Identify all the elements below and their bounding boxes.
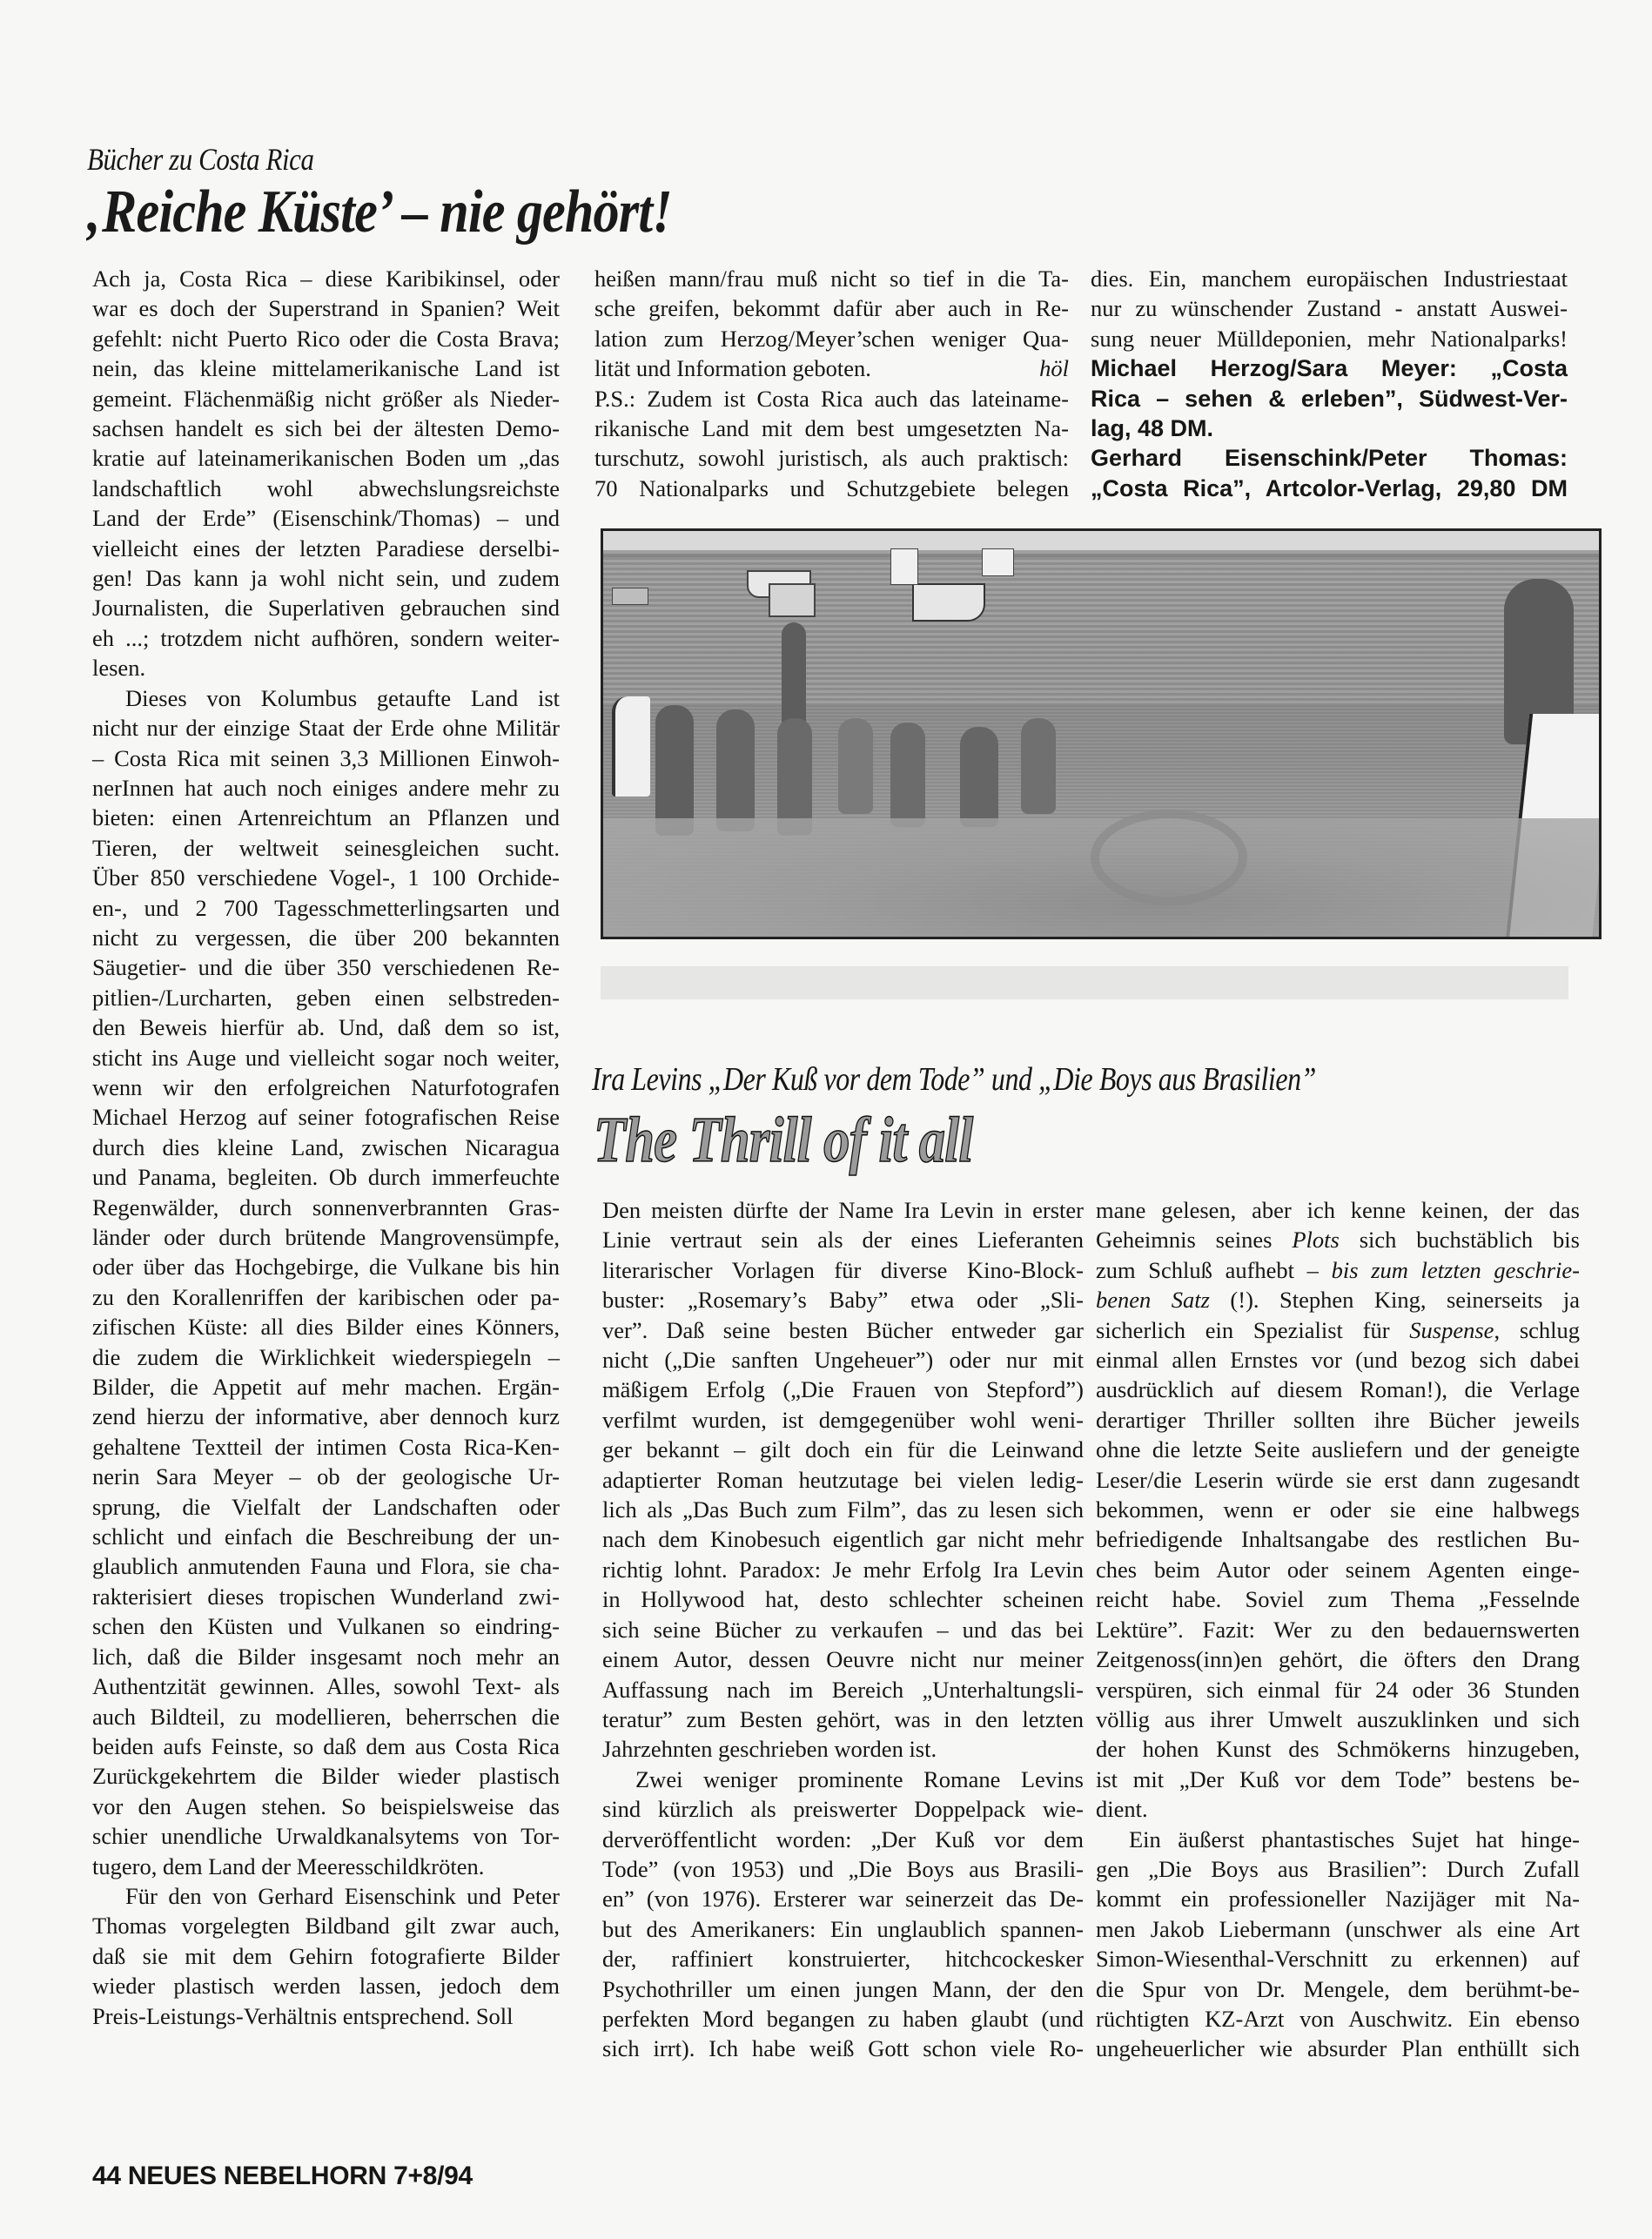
article1-text-line: bieten: einen Artenreichtum an Pflanzen … [92,803,560,832]
article2-headline: The Thrill of it all [594,1104,972,1178]
article1-text-line: sprung, die Vielfalt der Landschaften od… [92,1492,560,1522]
article2-text-line: nach dem Kinobesuch eigentlich gar nicht… [602,1524,1084,1554]
pelican-icon [612,696,650,797]
article2-text-line: Den meisten dürfte der Name Ira Levin in… [602,1195,1084,1225]
article2-text-line: einmal allen Ernstes vor (und bezog sich… [1096,1345,1580,1375]
article1-text-line: Dieses von Kolumbus getaufte Land ist [92,683,560,713]
book-reference-line: Michael Herzog/Sara Meyer: „Costa [1091,353,1568,383]
article2-text-line: Jahrzehnten geschrieben worden ist. [602,1734,1084,1764]
article1-column-2: heißen mann/frau muß nicht so tief in di… [594,264,1069,503]
article2-text-line: ohne die letzte Seite ausliefern und der… [1096,1435,1580,1464]
article1-text-line: gehaltene Textteil der intimen Costa Ric… [92,1432,560,1462]
postscript-line: P.S.: Zudem ist Costa Rica auch das late… [594,384,1069,414]
article2-text-line: Simon-Wiesenthal-Verschnitt zu erkennen)… [1096,1944,1580,1973]
article1-headline: ‚Reiche Küste’ – nie gehört! [85,178,672,247]
article1-text-line: tugero, dem Land der Meeresschildkröten. [92,1852,560,1881]
article2-text-line: die Spur von Dr. Mengele, dem berühmt-be… [1096,1974,1580,2004]
article2-text-line: richtig lohnt. Paradox: Je mehr Erfolg I… [602,1555,1084,1584]
article1-text-line: oder über das Hochgebirge, die Vulkane b… [92,1252,560,1281]
article2-text-line: einem Autor, dessen Oeuvre nicht nur mei… [602,1644,1084,1674]
article2-text-line: en” (von 1976). Ersterer war seinerzeit … [602,1884,1084,1913]
article2-column-2: mane gelesen, aber ich kenne keinen, der… [1096,1195,1580,2064]
article2-text-line: men Jakob Liebermann (unschwer als eine … [1096,1914,1580,1944]
book-reference-line: lag, 48 DM. [1091,414,1568,443]
book-reference-line: Gerhard Eisenschink/Peter Thomas: [1091,443,1568,473]
horizon-coastline [603,550,1599,557]
article1-text-line: dies. Ein, manchem europäischen Industri… [1091,264,1568,293]
article2-text-line: sind kürzlich als preiswerter Doppelpack… [602,1794,1084,1824]
postscript-line: 70 Nationalparks und Schutzgebiete beleg… [594,474,1069,503]
article1-text-line: gemeint. Flächenmäßig nicht größer als N… [92,384,560,414]
book-reference-line: „Costa Rica”, Artcolor-Verlag, 29,80 DM [1091,474,1568,503]
article1-text-line: nein, das kleine mittelamerikanische Lan… [92,353,560,383]
article1-text-line: sung neuer Mülldeponien, mehr Nationalpa… [1091,324,1568,353]
pelican-icon [1021,718,1056,814]
article2-text-line: Geheimnis seines Plots sich buchstäblich… [1096,1225,1580,1254]
article2-text-line: mäßigem Erfolg („Die Frauen von Stepford… [602,1375,1084,1404]
article1-text-line: gefehlt: nicht Puerto Rico oder die Cost… [92,324,560,353]
article1-text-line: nicht nur der einzige Staat der Erde ohn… [92,713,560,743]
article1-text-line: heißen mann/frau muß nicht so tief in di… [594,264,1069,293]
small-boat-icon [612,588,648,605]
emphasis: benen Satz [1096,1287,1210,1313]
article1-text-line: lesen. [92,653,560,682]
article1-text-line: daß sie mit dem Gehirn fotografierte Bil… [92,1941,560,1971]
pelican-icon [890,723,925,827]
page-number: 44 [92,2162,121,2190]
article1-text-line: Tieren, der weltweit seinesgleichen such… [92,833,560,863]
article1-text-line: Thomas vorgelegten Bildband gilt zwar au… [92,1911,560,1940]
article1-text-line: und Panama, begleiten. Ob durch immerfeu… [92,1162,560,1192]
article1-text-line: nur zu wünschender Zustand - anstatt Aus… [1091,293,1568,323]
article2-text-line: der hohen Kunst des Schmökerns hinzugebe… [1096,1734,1580,1764]
article2-text-line: derartiger Thriller sollten ihre Bücher … [1096,1405,1580,1435]
boat-cabin-icon [890,548,918,585]
article1-text-line: eh ...; trotzdem nicht aufhören, sondern… [92,623,560,653]
article1-text-line: lation zum Herzog/Meyer’schen weniger Qu… [594,324,1069,353]
rope-coil-icon [1091,810,1247,905]
article1-text-line: vielleicht eines der letzten Paradiese d… [92,534,560,563]
book-reference-1: Michael Herzog/Sara Meyer: „CostaRica – … [1091,353,1568,443]
boat-icon [769,583,816,617]
article2-text-line: ver”. Daß seine besten Bücher entweder g… [602,1315,1084,1345]
article2-text-line: Linie vertraut sein als der eines Liefer… [602,1225,1084,1254]
article2-text-line: befriedigende Inhaltsangabe des restlich… [1096,1524,1580,1554]
article1-kicker: Bücher zu Costa Rica [87,141,314,178]
article2-text-line: verfilmt wurden, ist demgegenüber wohl w… [602,1405,1084,1435]
article2-text-line: ger bekannt – gilt doch ein für die Lein… [602,1435,1084,1464]
article1-text-line: zu den Korallenriffen der karibischen od… [92,1282,560,1312]
article1-text-line: wenn wir den erfolgreichen Naturfotograf… [92,1072,560,1102]
article1-text-line: pitlien-/Lurcharten, geben einen selbstr… [92,983,560,1012]
pelican-icon [838,718,873,814]
article2-text-line: literarischer Vorlagen für diverse Kino-… [602,1255,1084,1285]
emphasis: Suspense [1409,1317,1494,1343]
article2-text-line: mane gelesen, aber ich kenne keinen, der… [1096,1195,1580,1225]
article1-text-line: beiden aufs Feinste, so daß dem aus Cost… [92,1731,560,1761]
article1-text-line: schier unendliche Urwaldkanalsytems von … [92,1821,560,1851]
article1-text-line: nicht zu vergessen, die über 200 bekannt… [92,923,560,952]
emphasis: bis zum letzten geschrie- [1332,1257,1580,1283]
page-footer: 44 NEUES NEBELHORN 7+8/94 [92,2162,473,2191]
pelican-icon [960,727,998,827]
article1-text-line: sticht ins Auge und vielleicht sogar noc… [92,1043,560,1072]
article1-text-line: Für den von Gerhard Eisenschink und Pete… [92,1881,560,1911]
article2-text-line: gen „Die Boys aus Brasilien”: Durch Zufa… [1096,1854,1580,1884]
article2-text-line: buster: „Rosemary’s Baby” etwa oder „Sli… [602,1285,1084,1314]
article2-text-line: benen Satz (!). Stephen King, seinerseit… [1096,1285,1580,1314]
article2-text-line: lich als „Das Buch zum Film”, das zu les… [602,1495,1084,1524]
article1-text-line: zend hierzu der informative, aber dennoc… [92,1402,560,1431]
article1-text-line: Journalisten, die Superlativen gebrauche… [92,593,560,622]
article2-text-line: ungeheuerlicher wie absurder Plan enthül… [1096,2034,1580,2063]
postscript: P.S.: Zudem ist Costa Rica auch das late… [594,384,1069,504]
article1-text-line: schlicht und einfach die Beschreibung de… [92,1522,560,1551]
article1-text-line: Preis-Leistungs-Verhältnis entsprechend.… [92,2001,560,2031]
article2-text-line: zum Schluß aufhebt – bis zum letzten ges… [1096,1255,1580,1285]
article1-text-line: auch Bildteil, zu modellieren, beherrsch… [92,1702,560,1731]
photo-caption-strip [601,966,1568,999]
article1-text-line: zifischen Küste: all dies Bilder eines K… [92,1312,560,1341]
fishing-boat-icon [912,583,985,622]
article2-text-line: teratur” zum Besten gehört, was in den l… [602,1704,1084,1734]
article1-text-line: nerInnen hat auch noch einiges andere me… [92,773,560,803]
article1-text-line: Ach ja, Costa Rica – diese Karibikinsel,… [92,264,560,293]
article1-text-line: länder oder durch brütende Mangrovensümp… [92,1222,560,1252]
article2-text-line: kommt ein professioneller Nazijäger mit … [1096,1884,1580,1913]
article1-text-line: Michael Herzog auf seiner fotografischen… [92,1102,560,1132]
article2-text-line: derveröffentlicht worden: „Der Kuß vor d… [602,1825,1084,1854]
publication-name: NEUES NEBELHORN [128,2162,386,2190]
article1-text-line: lich, daß die Bilder insgesamt noch mehr… [92,1642,560,1671]
article2-text-line: in Hollywood hat, desto schlechter schei… [602,1584,1084,1614]
article2-text-line: adaptierter Roman heutzutage bei vielen … [602,1465,1084,1495]
pelican-icon [716,709,755,831]
article1-text-line: durch dies kleine Land, zwischen Nicarag… [92,1133,560,1162]
article1-text-line: en-, und 2 700 Tagesschmetterlingsarten … [92,893,560,923]
article2-text-line: Lektüre”. Fazit: Wer zu den bedauernswer… [1096,1615,1580,1644]
article2-text-line: Zwei weniger prominente Romane Levins [602,1765,1084,1794]
postscript-line: rikanische Land mit dem best umgesetzten… [594,414,1069,443]
emphasis: Plots [1292,1227,1339,1253]
article1-text-line: Land der Erde” (Eisenschink/Thomas) – un… [92,503,560,533]
postscript-line: turschutz, sowohl juristisch, als auch p… [594,443,1069,473]
article2-text-line: perfekten Mord begangen zu haben glaubt … [602,2004,1084,2034]
article2-text-line: Psychothriller um einen jungen Mann, der… [602,1974,1084,2004]
article2-text-line: Leser/die Leserin würde sie erst dann zu… [1096,1465,1580,1495]
article1-text-line: die zudem die Wirklichkeit wiederspiegel… [92,1342,560,1372]
book-reference-2: Gerhard Eisenschink/Peter Thomas:„Costa … [1091,443,1568,503]
article1-text-line: rakterisiert dieses tropischen Wunderlan… [92,1582,560,1611]
article2-text-line: dient. [1096,1794,1580,1824]
article1-text-line: Säugetier- und die über 350 verschiedene… [92,952,560,982]
article2-column-1: Den meisten dürfte der Name Ira Levin in… [602,1195,1084,2064]
article2-text-line: ausdrücklich auf diesem Roman!), die Ver… [1096,1375,1580,1404]
article2-text-line: rüchtigten KZ-Arzt von Auschwitz. Ein eb… [1096,2004,1580,2034]
article1-text-line: Bilder, die Appetit auf mehr machen. Erg… [92,1372,560,1402]
article2-text-line: ist mit „Der Kuß vor dem Tode” bestens b… [1096,1765,1580,1794]
article1-column-1: Ach ja, Costa Rica – diese Karibikinsel,… [92,264,560,2031]
article1-text-line: kratie auf lateinamerikanischen Boden um… [92,443,560,473]
article1-text-line: sachsen handelt es sich bei der ältesten… [92,414,560,443]
article1-text-line: nerin Sara Meyer – ob der geologische Ur… [92,1462,560,1491]
article2-text-line: sicherlich ein Spezialist für Suspense, … [1096,1315,1580,1345]
article1-text-line: Regenwälder, durch sonnenverbrannten Gra… [92,1193,560,1222]
article2-text-line: nicht („Die sanften Ungeheuer”) oder nur… [602,1345,1084,1375]
article1-text-line: Authentzität gewinnen. Alles, sowohl Tex… [92,1671,560,1701]
article2-text-line: ches beim Autor oder seinem Agenten eing… [1096,1555,1580,1584]
article2-text-line: verspüren, sich einmal für 24 oder 36 St… [1096,1675,1580,1704]
article2-text-line: Tode” (von 1953) und „Die Boys aus Brasi… [602,1854,1084,1884]
article2-text-line: sich seine Bücher zu verkaufen – und das… [602,1615,1084,1644]
article2-text-line: Zeitgenoss(inn)en gehört, die öfters den… [1096,1644,1580,1674]
article1-text-line: schen den Küsten und Vulkanen so eindrin… [92,1611,560,1641]
article1-text-line: den Beweis hierfür ab. Und, daß dem so i… [92,1012,560,1042]
article2-text-line: der, raffiniert konstruierter, hitchcock… [602,1944,1084,1973]
pelican-harbor-photo [601,528,1602,939]
article2-kicker: Ira Levins „Der Kuß vor dem Tode” und „D… [592,1060,1316,1099]
book-reference-line: Rica – sehen & erleben”, Südwest-Ver- [1091,384,1568,414]
issue-number: 7+8/94 [393,2162,473,2190]
article2-text-line: völlig aus ihrer Umwelt auszuklinken und… [1096,1704,1580,1734]
article1-text-line: gen! Das kann ja wohl nicht sein, und zu… [92,563,560,593]
article2-text-line: sich irrt). Ich habe weiß Gott schon vie… [602,2034,1084,2063]
article1-text-line: – Costa Rica mit seinen 3,3 Millionen Ei… [92,743,560,773]
pelican-icon [655,705,694,836]
pelican-icon [782,622,806,727]
article1-text-line: sche greifen, bekommt dafür aber auch in… [594,293,1069,323]
article2-text-line: bekommen, wenn er oder sie eine halbwegs [1096,1495,1580,1524]
article1-text-line: war es doch der Superstrand in Spanien? … [92,293,560,323]
article1-text-line: Zurückgekehrtem die Bilder wieder plasti… [92,1761,560,1791]
article1-text-line: Über 850 verschiedene Vogel-, 1 100 Orch… [92,863,560,892]
article1-text-line: wieder plastisch werden lassen, jedoch d… [92,1971,560,2000]
article1-column-3: dies. Ein, manchem europäischen Industri… [1091,264,1568,503]
author-signature: höl [1039,353,1069,383]
article2-text-line: Auffassung nach im Bereich „Unterhaltung… [602,1675,1084,1704]
article2-text-line: Ein äußerst phantastisches Sujet hat hin… [1096,1825,1580,1854]
article2-text-line: reicht habe. Soviel zum Thema „Fesselnde [1096,1584,1580,1614]
article1-text-line: glaublich anmutenden Fauna und Flora, si… [92,1551,560,1581]
article1-signature-line: lität und Information geboten. höl [594,353,1069,383]
article1-text-line: landschaftlich wohl abwechslungsreichste [92,474,560,503]
article2-text-line: but des Amerikaners: Ein unglaublich spa… [602,1914,1084,1944]
article1-text-line: vor den Augen stehen. So beispielsweise … [92,1792,560,1821]
boat-icon [982,548,1014,576]
